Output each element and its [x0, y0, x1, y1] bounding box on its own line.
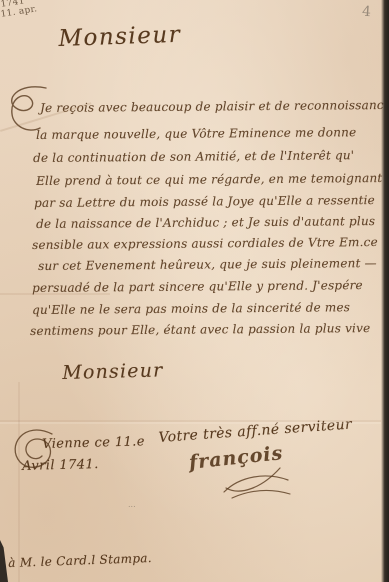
closing-salutation: Monsieur [62, 359, 164, 384]
photo-edge-right [381, 0, 389, 582]
letter-photo: 1741 11. apr. 4 Monsieur Je reçois avec … [0, 0, 389, 582]
place-date-line2: Avril 1741. [22, 457, 99, 474]
photo-edge-bottom-left [0, 540, 8, 582]
body-line: qu'Elle ne le sera pas moins de la since… [32, 300, 350, 317]
fold-crease-vertical [18, 382, 20, 582]
body-line: sensible aux expressions aussi cordiales… [32, 235, 378, 252]
body-line: de la naissance de l'Archiduc ; et Je su… [36, 214, 375, 231]
fold-crease-left [0, 293, 110, 295]
place-date-line1: Vienne ce 11.e [42, 434, 145, 452]
archive-date-annotation-day: 11. apr. [0, 0, 386, 20]
body-line: sentimens pour Elle, étant avec la passi… [30, 321, 370, 338]
signature-paraph-ornament [222, 466, 294, 500]
body-line: par sa Lettre du mois passé la Joye qu'E… [34, 193, 375, 210]
body-line: Je reçois avec beaucoup de plaisir et de… [40, 98, 389, 115]
body-line: la marque nouvelle, que Vôtre Eminence m… [36, 125, 356, 142]
salutation: Monsieur [58, 22, 182, 52]
page-number-annotation: 4 [361, 4, 371, 21]
body-line: de la continuation de son Amitié, et de … [33, 148, 354, 165]
pencil-smudge: ... [128, 500, 136, 509]
body-line: Elle prend à tout ce qui me régarde, en … [36, 171, 382, 188]
body-line: sur cet Evenement heûreux, que je suis p… [38, 256, 377, 273]
address-line: à M. le Card.l Stampa. [8, 551, 152, 570]
fold-crease-highlight [0, 422, 381, 424]
